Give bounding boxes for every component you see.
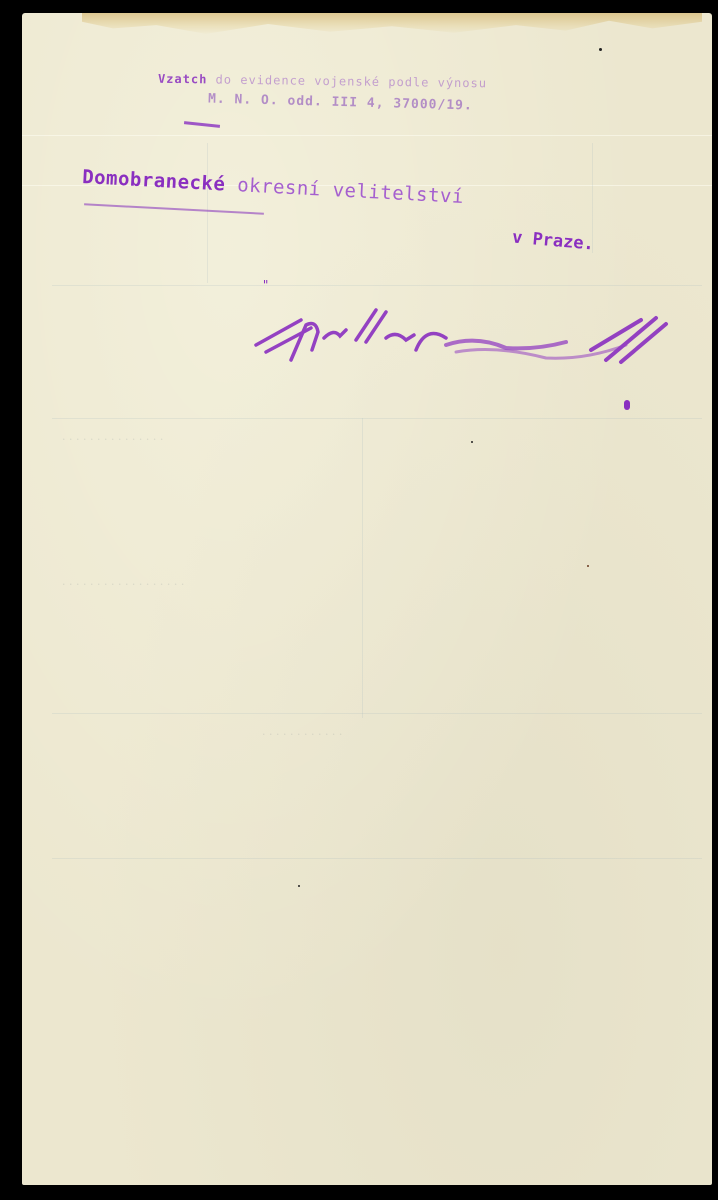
ghost-rule — [207, 143, 208, 283]
fold-line — [22, 135, 712, 136]
signature-icon — [246, 290, 686, 390]
ghost-rule — [52, 858, 702, 859]
ghost-text: · · · · · · · · · · · · · · · · · · — [62, 578, 184, 591]
speck — [599, 48, 602, 51]
ghost-text: · · · · · · · · · · · · — [262, 728, 342, 741]
registry-stamp-keyword: Vzatch — [158, 72, 208, 87]
ghost-rule — [52, 418, 702, 419]
speck — [471, 441, 473, 443]
ghost-rule — [362, 418, 363, 718]
speck — [298, 885, 300, 887]
signature-trailing-mark — [624, 400, 630, 410]
ghost-rule — [52, 713, 702, 714]
ghost-text: · · · · · · · · · · · · · · · — [62, 433, 163, 446]
ghost-rule — [52, 285, 702, 286]
speck — [587, 565, 589, 567]
paper-stain — [82, 13, 702, 35]
